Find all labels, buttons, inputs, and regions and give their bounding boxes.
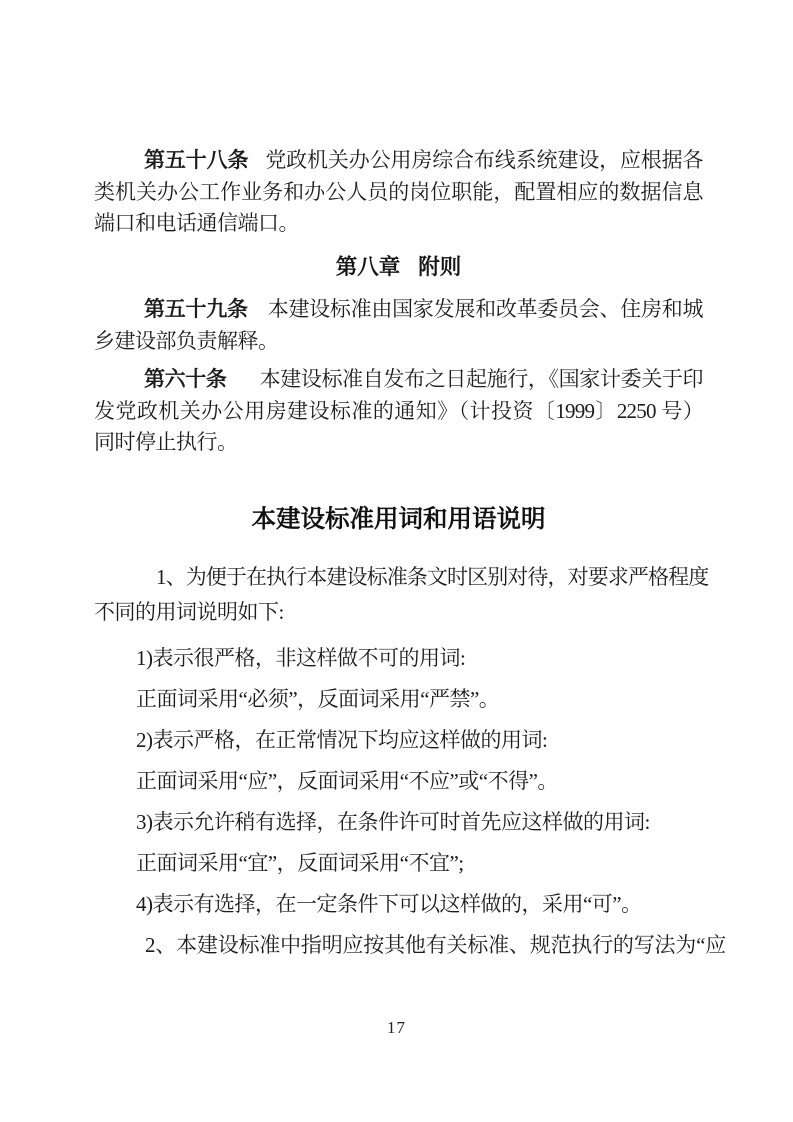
term-item: 4)表示有选择，在一定条件下可以这样做的，采用“可”。 <box>94 884 703 925</box>
text-line: 第五十八条党政机关办公用房综合布线系统建设，应根据各 <box>94 145 703 177</box>
term-item: 正面词采用“应”，反面词采用“不应”或“不得”。 <box>94 761 703 802</box>
article-58-label: 第五十八条 <box>144 149 248 172</box>
article-60-text: 本建设标准自发布之日起施行，《国家计委关于印 <box>260 367 703 391</box>
text-line: 第六十条本建设标准自发布之日起施行，《国家计委关于印 <box>94 364 703 396</box>
text-line: 端口和电话通信端口。 <box>94 208 703 240</box>
article-58-text: 党政机关办公用房综合布线系统建设，应根据各 <box>265 148 703 172</box>
text-line: 1、为便于在执行本建设标准条文时区别对待，对要求严格程度 <box>94 560 703 595</box>
page-number: 17 <box>0 1018 793 1038</box>
terms-heading: 本建设标准用词和用语说明 <box>94 503 703 536</box>
article-59-label: 第五十九条 <box>144 298 248 321</box>
term-item: 3)表示允许稍有选择，在条件许可时首先应这样做的用词: <box>94 802 703 843</box>
text-line: 同时停止执行。 <box>94 427 703 459</box>
terms-intro-paragraph: 1、为便于在执行本建设标准条文时区别对待，对要求严格程度 不同的用词说明如下: <box>94 560 703 630</box>
text-line: 类机关办公工作业务和办公人员的岗位职能，配置相应的数据信息 <box>94 177 703 209</box>
term-item: 1)表示很严格，非这样做不可的用词: <box>94 638 703 679</box>
text-line: 不同的用词说明如下: <box>94 595 703 630</box>
article-59-text: 本建设标准由国家发展和改革委员会、住房和城 <box>268 297 703 321</box>
article-59-paragraph: 第五十九条本建设标准由国家发展和改革委员会、住房和城 乡建设部负责解释。 <box>94 294 703 357</box>
article-60-paragraph: 第六十条本建设标准自发布之日起施行，《国家计委关于印 发党政机关办公用房建设标准… <box>94 364 703 459</box>
document-page: 第五十八条党政机关办公用房综合布线系统建设，应根据各 类机关办公工作业务和办公人… <box>0 0 793 1122</box>
term-item: 正面词采用“必须”，反面词采用“严禁”。 <box>94 679 703 720</box>
chapter-8-heading: 第八章 附则 <box>94 251 703 283</box>
term-item: 2)表示严格，在正常情况下均应这样做的用词: <box>94 720 703 761</box>
text-line: 发党政机关办公用房建设标准的通知》（计投资〔1999〕2250 号） <box>94 396 703 428</box>
article-58-paragraph: 第五十八条党政机关办公用房综合布线系统建设，应根据各 类机关办公工作业务和办公人… <box>94 145 703 240</box>
closing-line: 2、本建设标准中指明应按其他有关标准、规范执行的写法为“应 <box>94 925 703 966</box>
terms-list: 1)表示很严格，非这样做不可的用词: 正面词采用“必须”，反面词采用“严禁”。 … <box>94 638 703 966</box>
text-line: 第五十九条本建设标准由国家发展和改革委员会、住房和城 <box>94 294 703 326</box>
text-line: 乡建设部负责解释。 <box>94 326 703 358</box>
article-60-label: 第六十条 <box>144 368 227 391</box>
term-item: 正面词采用“宜”，反面词采用“不宜”; <box>94 843 703 884</box>
